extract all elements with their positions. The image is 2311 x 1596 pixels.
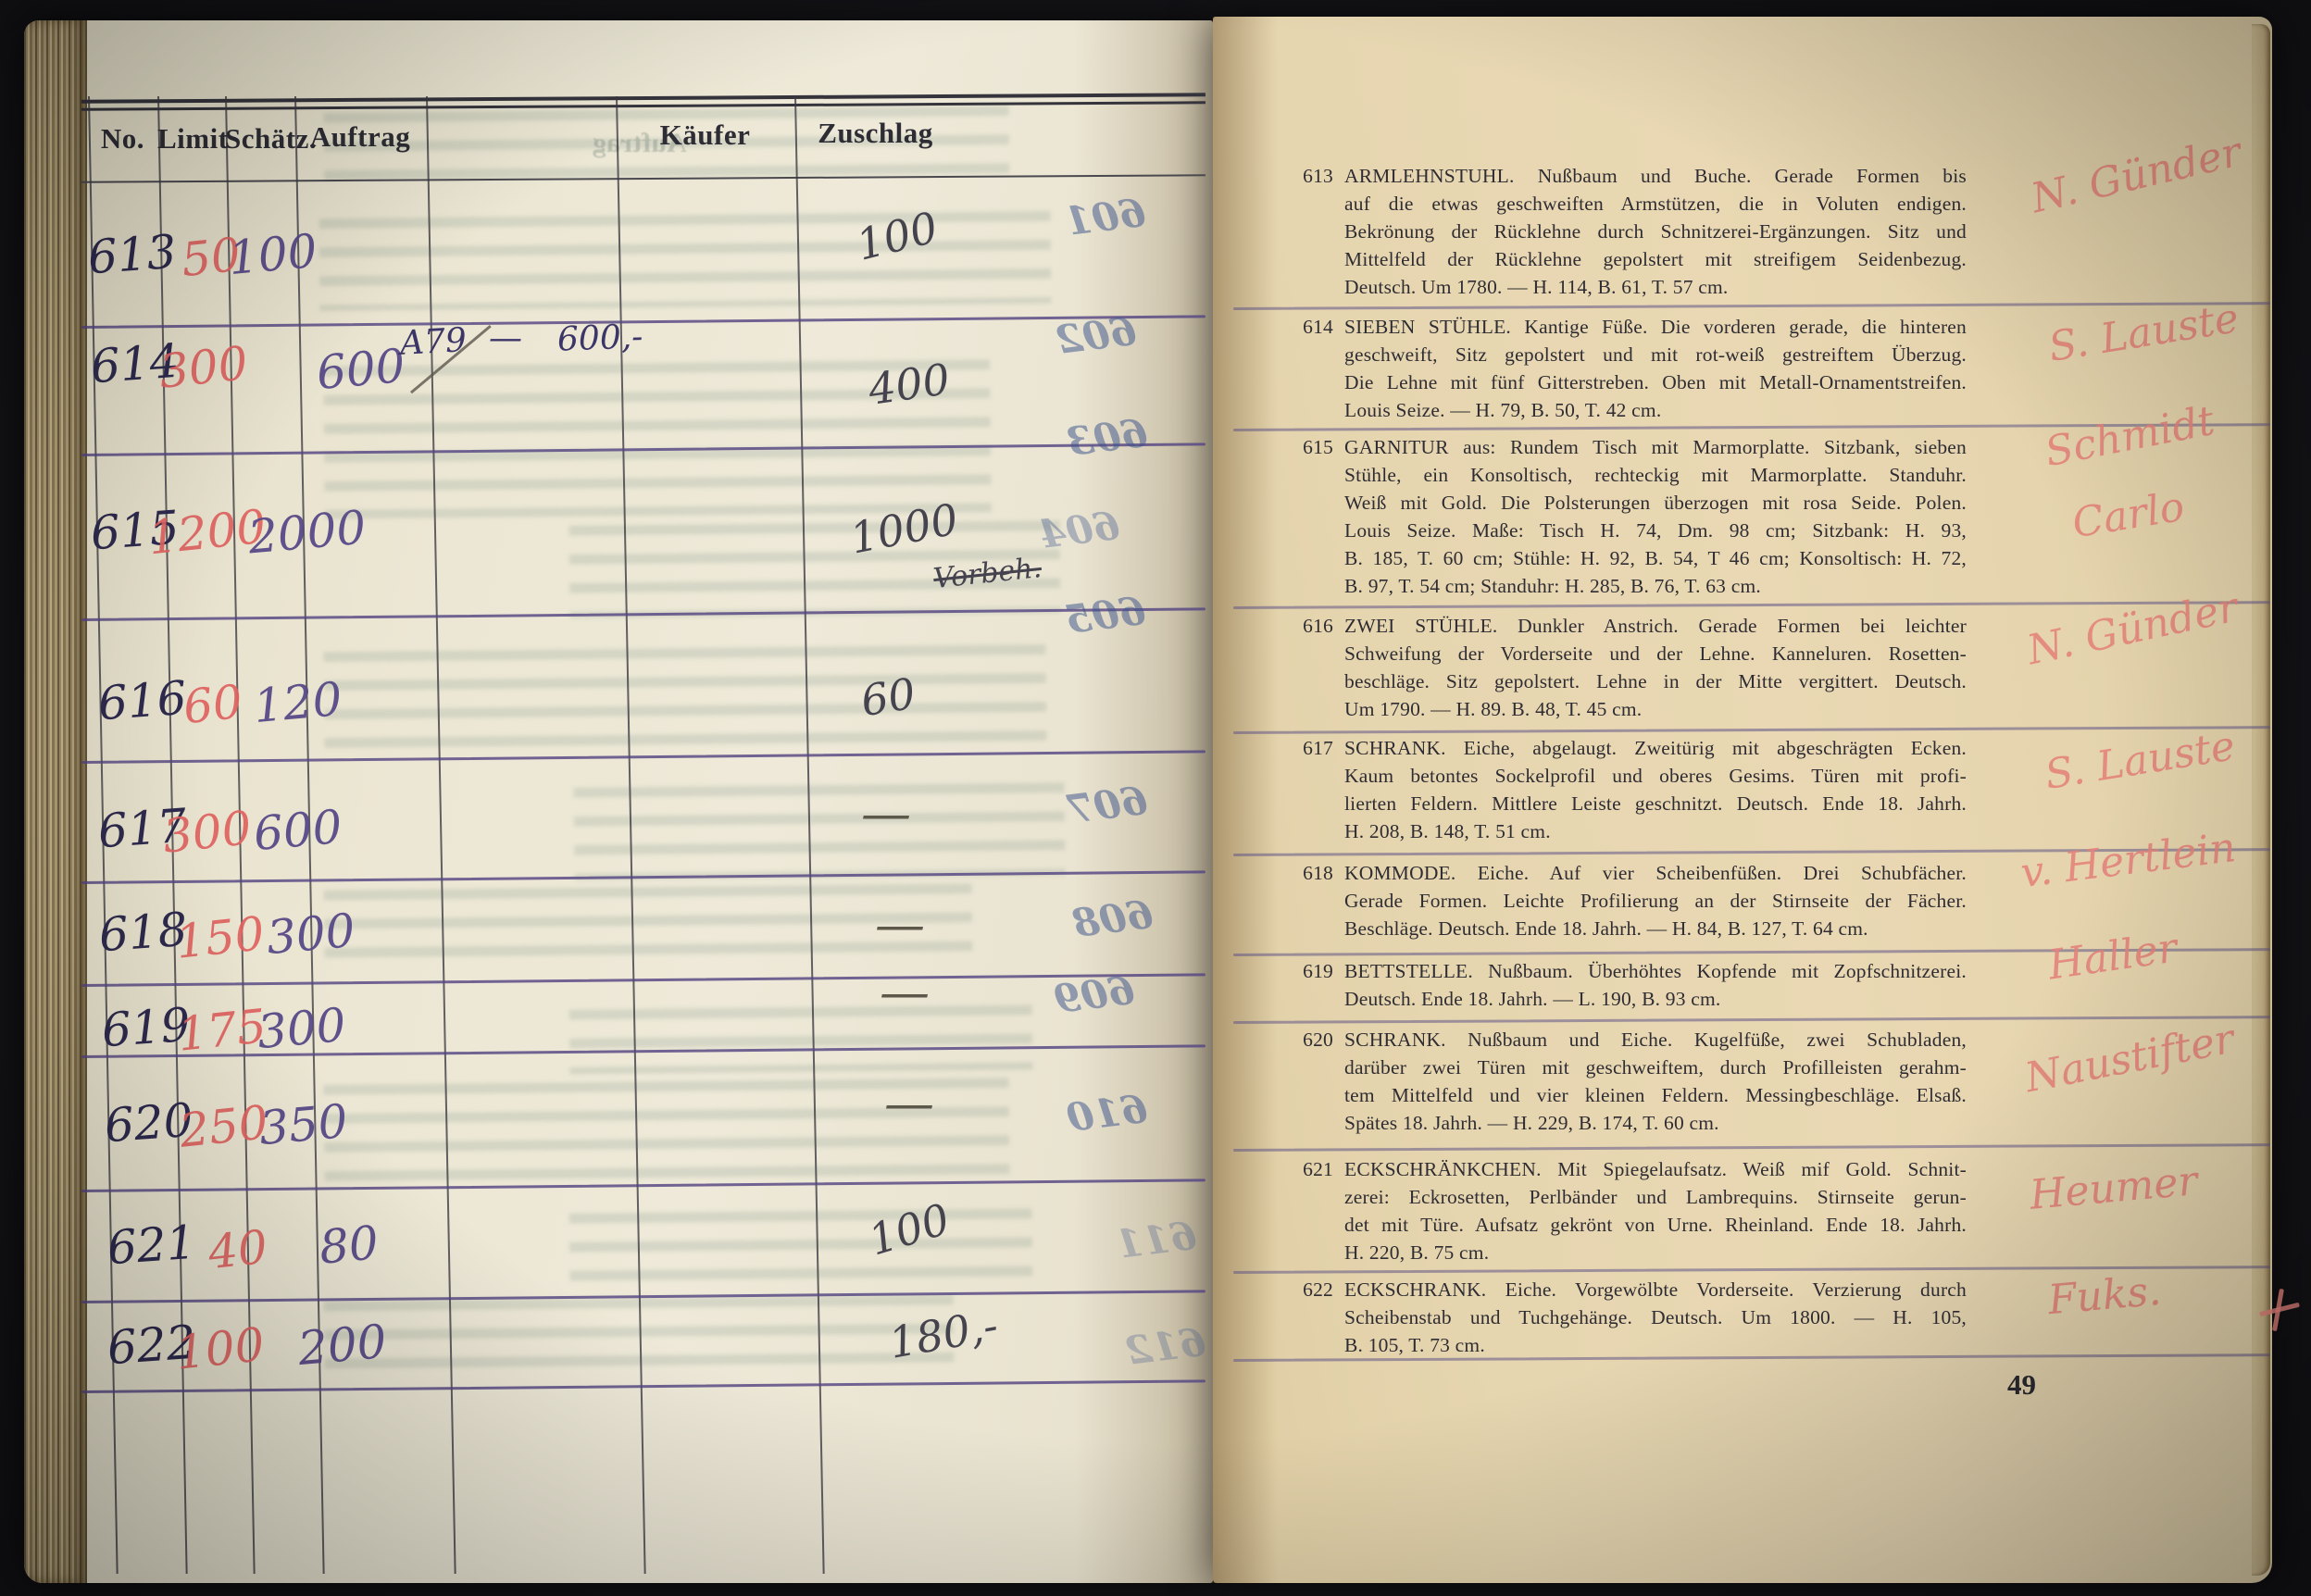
entry-line: Stühle, ein Konsoltisch, rechteckig mit … <box>1344 461 1967 489</box>
entry-line: B. 185, T. 60 cm; Stühle: H. 92, B. 54, … <box>1344 544 1967 572</box>
limit-value: 175 <box>176 1003 269 1058</box>
entry-line: Kaum betontes Sockelprofil und oberes Ge… <box>1344 762 1967 790</box>
auftrag-dash: — <box>489 322 522 355</box>
entry-line: beschläge. Sitz gepolstert. Lehne in der… <box>1344 667 1967 695</box>
schaetz-value: 600 <box>252 804 344 857</box>
zuschlag-dash: — <box>880 967 930 1017</box>
fore-edge-pages <box>2252 24 2270 1576</box>
limit-value: 250 <box>178 1099 270 1154</box>
limit-value: 60 <box>181 679 245 730</box>
entry-line: SIEBEN STÜHLE. Kantige Füße. Die vordere… <box>1344 313 1967 341</box>
schaetz-value: 120 <box>252 676 344 729</box>
entry-line: tem Mittelfeld und vier kleinen Feldern.… <box>1344 1081 1967 1109</box>
entry-line: SCHRANK. Nußbaum und Eiche. Kugelfüße, z… <box>1344 1026 1967 1054</box>
col-header-auftrag: Auftrag <box>294 120 426 154</box>
lot-number: 616 <box>96 675 188 728</box>
col-header-zuschlag: Zuschlag <box>794 117 956 150</box>
schaetz-value: 350 <box>257 1098 349 1152</box>
entry-line: BETTSTELLE. Nußbaum. Überhöhtes Kopfende… <box>1344 957 1967 985</box>
entry-line: Gerade Formen. Leichte Profilierung an d… <box>1344 887 1967 915</box>
zuschlag-value: 400 <box>866 357 952 411</box>
catalog-entry-621: 621 ECKSCHRÄNKCHEN. Mit Spiegelaufsatz. … <box>1344 1155 1967 1266</box>
entry-line: ARMLEHNSTUHL. Nußbaum und Buche. Gerade … <box>1344 162 1967 190</box>
entry-number: 613 <box>1278 162 1333 190</box>
entry-line: auf die etwas geschweiften Armstützen, d… <box>1344 190 1967 218</box>
buyer-name: Fuks. <box>2046 1271 2162 1321</box>
entry-line: Die Lehne mit fünf Gitterstreben. Oben m… <box>1344 368 1967 396</box>
entry-line: Scheibenstab und Tuchgehänge. Deutsch. U… <box>1344 1303 1967 1331</box>
entry-number: 618 <box>1278 859 1333 887</box>
lot-number: 613 <box>86 229 178 281</box>
catalog-entry-615: 615 GARNITUR aus: Rundem Tisch mit Marmo… <box>1344 433 1967 600</box>
entry-number: 617 <box>1278 734 1333 762</box>
zuschlag-dash: — <box>875 900 925 950</box>
entry-number: 621 <box>1278 1155 1333 1183</box>
entry-number: 620 <box>1278 1026 1333 1054</box>
entry-number: 614 <box>1278 313 1333 341</box>
entry-line: darüber zwei Türen mit geschweiftem, dur… <box>1344 1054 1967 1081</box>
entry-number: 622 <box>1278 1276 1333 1303</box>
entry-line: ECKSCHRÄNKCHEN. Mit Spiegelaufsatz. Weiß… <box>1344 1155 1967 1183</box>
entry-line: Schweifung der Vorderseite und der Lehne… <box>1344 640 1967 667</box>
entry-line: Deutsch. Ende 18. Jahrh. — L. 190, B. 93… <box>1344 985 1967 1013</box>
catalog-entry-618: 618 KOMMODE. Eiche. Auf vier Scheibenfüß… <box>1344 859 1967 942</box>
col-header-schaetz: Schätz. <box>225 122 294 156</box>
entry-line: SCHRANK. Eiche, abgelaugt. Zweitürig mit… <box>1344 734 1967 762</box>
entry-line: GARNITUR aus: Rundem Tisch mit Marmorpla… <box>1344 433 1967 461</box>
col-header-limit: Limit <box>157 122 225 156</box>
auftrag-amount: 600,- <box>556 320 643 356</box>
schaetz-value: 2000 <box>246 505 368 561</box>
schaetz-value: 600 <box>315 343 406 396</box>
entry-line: Beschläge. Deutsch. Ende 18. Jahrh. — H.… <box>1344 915 1967 942</box>
entry-line: Louis Seize. — H. 79, B. 50, T. 42 cm. <box>1344 396 1967 424</box>
entry-line: Bekrönung der Rücklehne durch Schnitzere… <box>1344 218 1967 245</box>
zuschlag-dash: — <box>861 789 911 839</box>
entry-line: Mittelfeld der Rücklehne gepolstert mit … <box>1344 245 1967 273</box>
schaetz-value: 100 <box>227 228 319 281</box>
limit-value: 40 <box>206 1224 270 1276</box>
catalog-entry-622: 622 ECKSCHRANK. Eiche. Vorgewölbte Vorde… <box>1344 1276 1967 1359</box>
col-header-no: No. <box>88 122 157 156</box>
catalog-entry-616: 616 ZWEI STÜHLE. Dunkler Anstrich. Gerad… <box>1344 612 1967 723</box>
entry-line: lierten Feldern. Mittlere Leiste geschni… <box>1344 790 1967 817</box>
entry-line: Deutsch. Um 1780. — H. 114, B. 61, T. 57… <box>1344 273 1967 301</box>
schaetz-value: 300 <box>265 907 356 961</box>
limit-value: 300 <box>161 804 254 860</box>
col-header-kaeufer: Käufer <box>616 118 794 152</box>
entry-line: zerei: Eckrosetten, Perlbänder und Lambr… <box>1344 1183 1967 1211</box>
entry-line: det mit Türe. Aufsatz gekrönt von Urne. … <box>1344 1211 1967 1239</box>
page-number: 49 <box>2007 1368 2036 1402</box>
catalog-entry-614: 614 SIEBEN STÜHLE. Kantige Füße. Die vor… <box>1344 313 1967 424</box>
entry-line: geschweift, Sitz gepolstert und mit rot-… <box>1344 341 1967 368</box>
column-line <box>426 96 456 1574</box>
limit-value: 300 <box>157 340 250 395</box>
zuschlag-value: 60 <box>858 672 918 723</box>
entry-number: 619 <box>1278 957 1333 985</box>
entry-line: Louis Seize. Maße: Tisch H. 74, Dm. 98 c… <box>1344 517 1967 544</box>
catalog-entry-619: 619 BETTSTELLE. Nußbaum. Überhöhtes Kopf… <box>1344 957 1967 1013</box>
schaetz-value: 80 <box>318 1219 381 1270</box>
schaetz-value: 200 <box>296 1318 388 1372</box>
entry-number: 616 <box>1278 612 1333 640</box>
zuschlag-dash: — <box>884 1079 934 1128</box>
entry-line: Spätes 18. Jahrh. — H. 229, B. 174, T. 6… <box>1344 1109 1967 1137</box>
entry-line: B. 97, T. 54 cm; Standuhr: H. 285, B. 76… <box>1344 572 1967 600</box>
entry-line: Weiß mit Gold. Die Polsterungen überzoge… <box>1344 489 1967 517</box>
limit-value: 100 <box>174 1321 267 1377</box>
lot-number: 621 <box>106 1219 197 1272</box>
entry-line: ECKSCHRANK. Eiche. Vorgewölbte Vordersei… <box>1344 1276 1967 1303</box>
entry-line: Um 1790. — H. 89. B. 48, T. 45 cm. <box>1344 695 1967 723</box>
entry-line: H. 220, B. 75 cm. <box>1344 1239 1967 1266</box>
catalog-entry-620: 620 SCHRANK. Nußbaum und Eiche. Kugelfüß… <box>1344 1026 1967 1137</box>
schaetz-value: 300 <box>256 1002 347 1055</box>
entry-line: ZWEI STÜHLE. Dunkler Anstrich. Gerade Fo… <box>1344 612 1967 640</box>
entry-number: 615 <box>1278 433 1333 461</box>
catalog-entry-617: 617 SCHRANK. Eiche, abgelaugt. Zweitürig… <box>1344 734 1967 845</box>
catalog-entry-613: 613 ARMLEHNSTUHL. Nußbaum und Buche. Ger… <box>1344 162 1967 301</box>
limit-value: 150 <box>174 910 267 966</box>
entry-line: KOMMODE. Eiche. Auf vier Scheibenfüßen. … <box>1344 859 1967 887</box>
entry-line: H. 208, B. 148, T. 51 cm. <box>1344 817 1967 845</box>
